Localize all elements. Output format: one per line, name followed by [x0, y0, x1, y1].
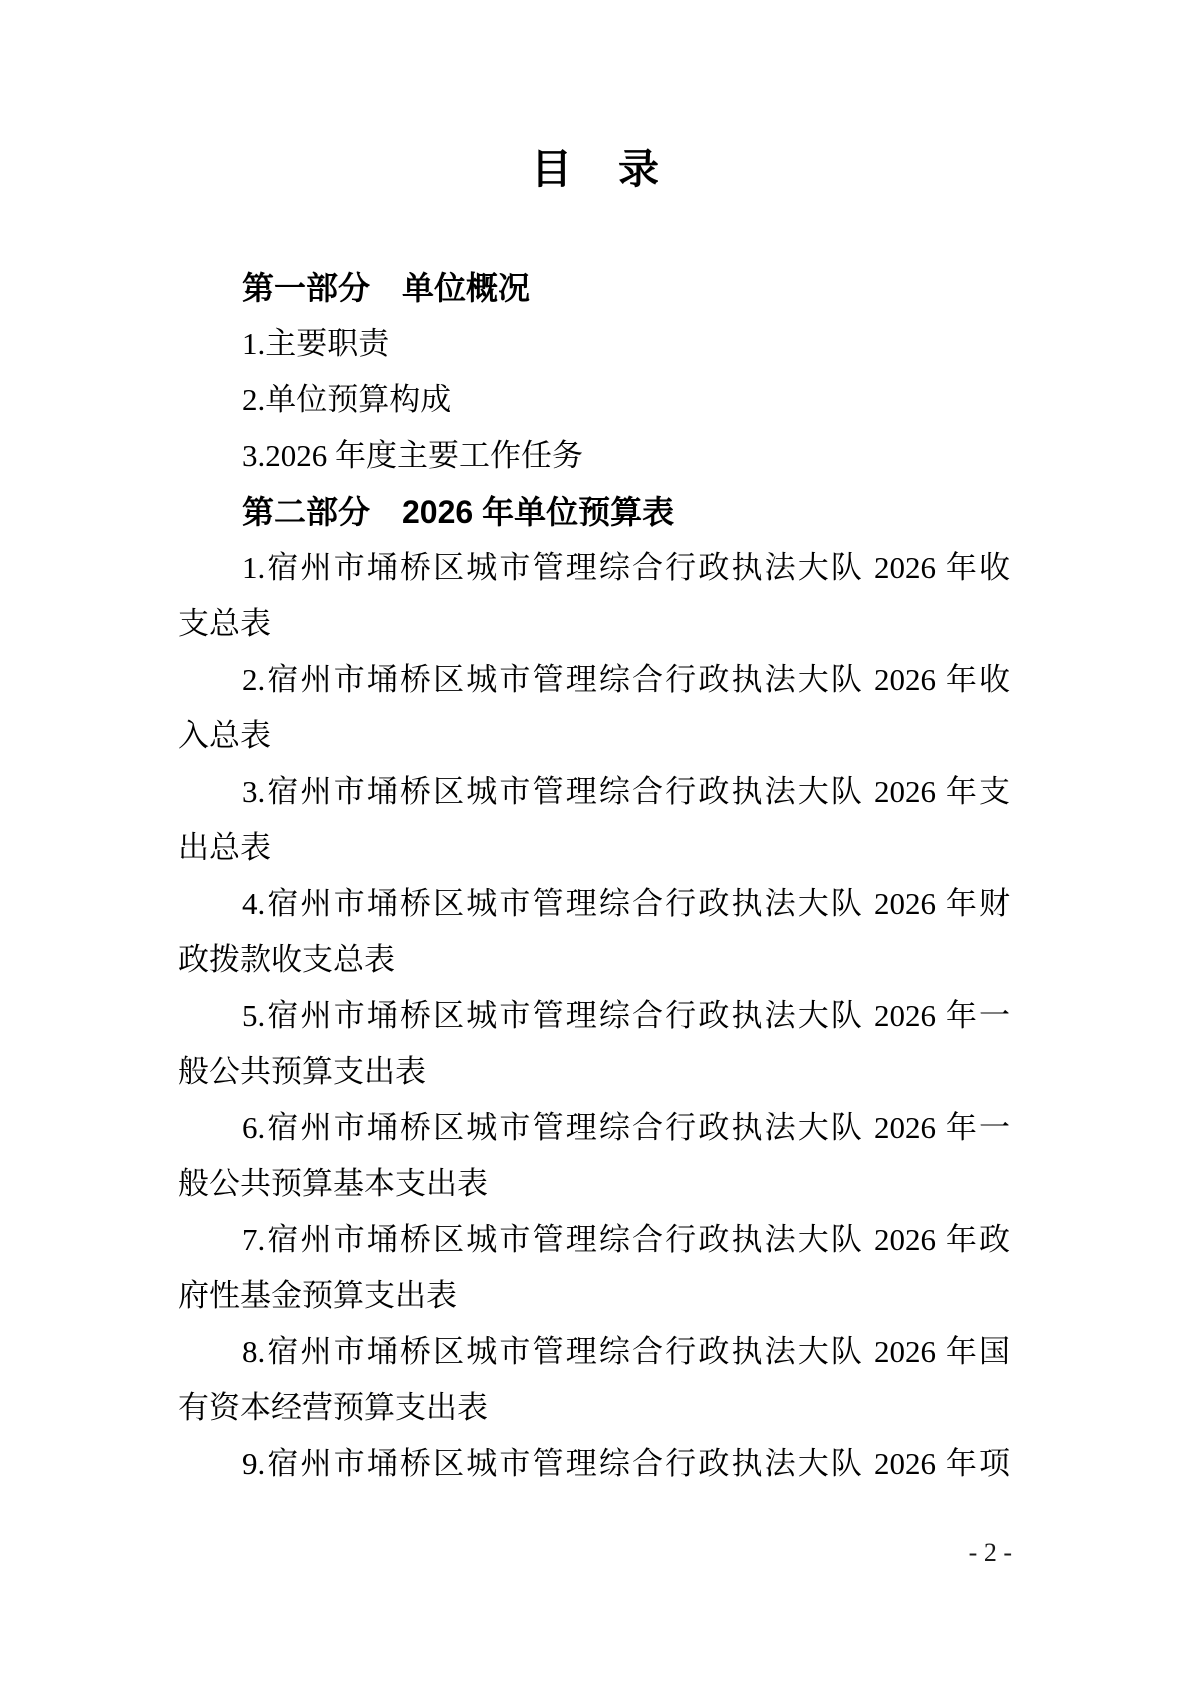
- toc-item: 1.宿州市埇桥区城市管理综合行政执法大队 2026 年收: [178, 540, 1010, 596]
- toc-item: 9.宿州市埇桥区城市管理综合行政执法大队 2026 年项: [178, 1436, 1010, 1492]
- toc-item: 8.宿州市埇桥区城市管理综合行政执法大队 2026 年国: [178, 1324, 1010, 1380]
- toc-item: 2.单位预算构成: [178, 372, 1010, 428]
- table-of-contents: 第一部分 单位概况 1.主要职责 2.单位预算构成 3.2026 年度主要工作任…: [178, 260, 1010, 1492]
- toc-item: 2.宿州市埇桥区城市管理综合行政执法大队 2026 年收: [178, 652, 1010, 708]
- toc-section-heading-part1: 第一部分 单位概况: [178, 260, 1010, 316]
- toc-item-continuation: 政拨款收支总表: [178, 932, 1010, 988]
- toc-item: 3.2026 年度主要工作任务: [178, 428, 1010, 484]
- toc-item: 3.宿州市埇桥区城市管理综合行政执法大队 2026 年支: [178, 764, 1010, 820]
- toc-item-continuation: 入总表: [178, 708, 1010, 764]
- page-title-char: 目: [531, 146, 572, 192]
- toc-item-continuation: 般公共预算支出表: [178, 1044, 1010, 1100]
- page-title: 目 录: [0, 146, 1190, 192]
- document-page: 目 录 第一部分 单位概况 1.主要职责 2.单位预算构成 3.2026 年度主…: [0, 0, 1190, 1683]
- toc-item: 7.宿州市埇桥区城市管理综合行政执法大队 2026 年政: [178, 1212, 1010, 1268]
- toc-item: 5.宿州市埇桥区城市管理综合行政执法大队 2026 年一: [178, 988, 1010, 1044]
- toc-item-continuation: 般公共预算基本支出表: [178, 1156, 1010, 1212]
- toc-item-continuation: 出总表: [178, 820, 1010, 876]
- toc-item: 4.宿州市埇桥区城市管理综合行政执法大队 2026 年财: [178, 876, 1010, 932]
- toc-item: 1.主要职责: [178, 316, 1010, 372]
- toc-item-continuation: 支总表: [178, 596, 1010, 652]
- page-number: - 2 -: [969, 1538, 1012, 1568]
- toc-item-continuation: 府性基金预算支出表: [178, 1268, 1010, 1324]
- toc-item-continuation: 有资本经营预算支出表: [178, 1380, 1010, 1436]
- toc-section-heading-part2: 第二部分 2026 年单位预算表: [178, 484, 1010, 540]
- page-title-char: 录: [618, 146, 659, 192]
- toc-item: 6.宿州市埇桥区城市管理综合行政执法大队 2026 年一: [178, 1100, 1010, 1156]
